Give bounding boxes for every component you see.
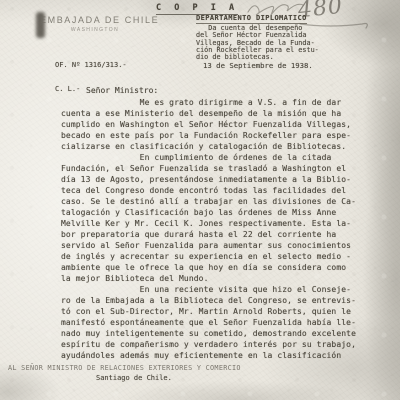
letterhead: EMBAJADA DE CHILE WASHINGTON — [40, 15, 150, 33]
salutation: Señor Ministro: — [86, 86, 158, 95]
body-line: ayudándoles además muy eficientemente en… — [61, 350, 361, 361]
body-line: becado en este país por la Fundación Roc… — [61, 130, 361, 141]
footer-addressee: AL SEÑOR MINISTRO DE RELACIONES EXTERIOR… — [8, 364, 241, 372]
body-line: ro de la Embajada a la Biblioteca del Co… — [61, 295, 361, 306]
body-line: Me es grato dirigirme a V.S. a fin de da… — [61, 97, 361, 108]
body-line: cializarse en clasificación y catalogaci… — [61, 141, 361, 152]
body-line: teca del Congreso donde encontró todas l… — [61, 185, 361, 196]
body-line: día 13 de Agosto, presentándose inmediat… — [61, 174, 361, 185]
body-line: Fundación, el Señor Fuenzalida se trasla… — [61, 163, 361, 174]
body-line: En cumplimiento de órdenes de la citada — [61, 152, 361, 163]
body-line: manifestó espontáneamente que el Señor F… — [61, 317, 361, 328]
body-line: tó con el Sub-Director, Mr. Martin Arnol… — [61, 306, 361, 317]
body-line: caso. Se le destinó allí a trabajar en l… — [61, 196, 361, 207]
body-line: talogación y Clasificación bajo las órde… — [61, 207, 361, 218]
letterhead-city: WASHINGTON — [40, 27, 150, 33]
body-line: cumplido en Washington el Señor Héctor F… — [61, 119, 361, 130]
date-line: 13 de Septiembre de 1938. — [203, 61, 313, 70]
body-line: cuenta a ese Ministerio del desempeño de… — [61, 108, 361, 119]
body-line: Melville Ker y Mr. Cecil K. Jones respec… — [61, 218, 361, 229]
body-line: espíritu de compañerismo y verdadero int… — [61, 339, 361, 350]
body-line: de inglés y acrecentar su experiencia en… — [61, 251, 361, 262]
letterhead-title: EMBAJADA DE CHILE — [40, 15, 150, 25]
subject-summary: Da cuenta del desempeñodel Señor Héctor … — [196, 25, 348, 61]
body-line: nado muy inteligentemente su cometido, d… — [61, 328, 361, 339]
footer-city: Santiago de Chile. — [96, 374, 172, 382]
body-line: servido al Señor Fuenzalida para aumenta… — [61, 240, 361, 251]
body-line: bor preparatoria que durará hasta el 22 … — [61, 229, 361, 240]
body-line: En una reciente visita que hizo el Conse… — [61, 284, 361, 295]
department-heading: DEPARTAMENTO DIPLOMATICO — [196, 14, 307, 24]
letter-body: Me es grato dirigirme a V.S. a fin de da… — [61, 97, 361, 361]
scanned-letter-page: { "document": { "copy_label": "C O P I A… — [0, 0, 400, 400]
body-line: la mejor Biblioteca del Mundo. — [61, 273, 361, 284]
body-line: ambiente que le ofrece la que hoy en día… — [61, 262, 361, 273]
office-number: OF. Nº 1316/313.- — [55, 61, 127, 69]
